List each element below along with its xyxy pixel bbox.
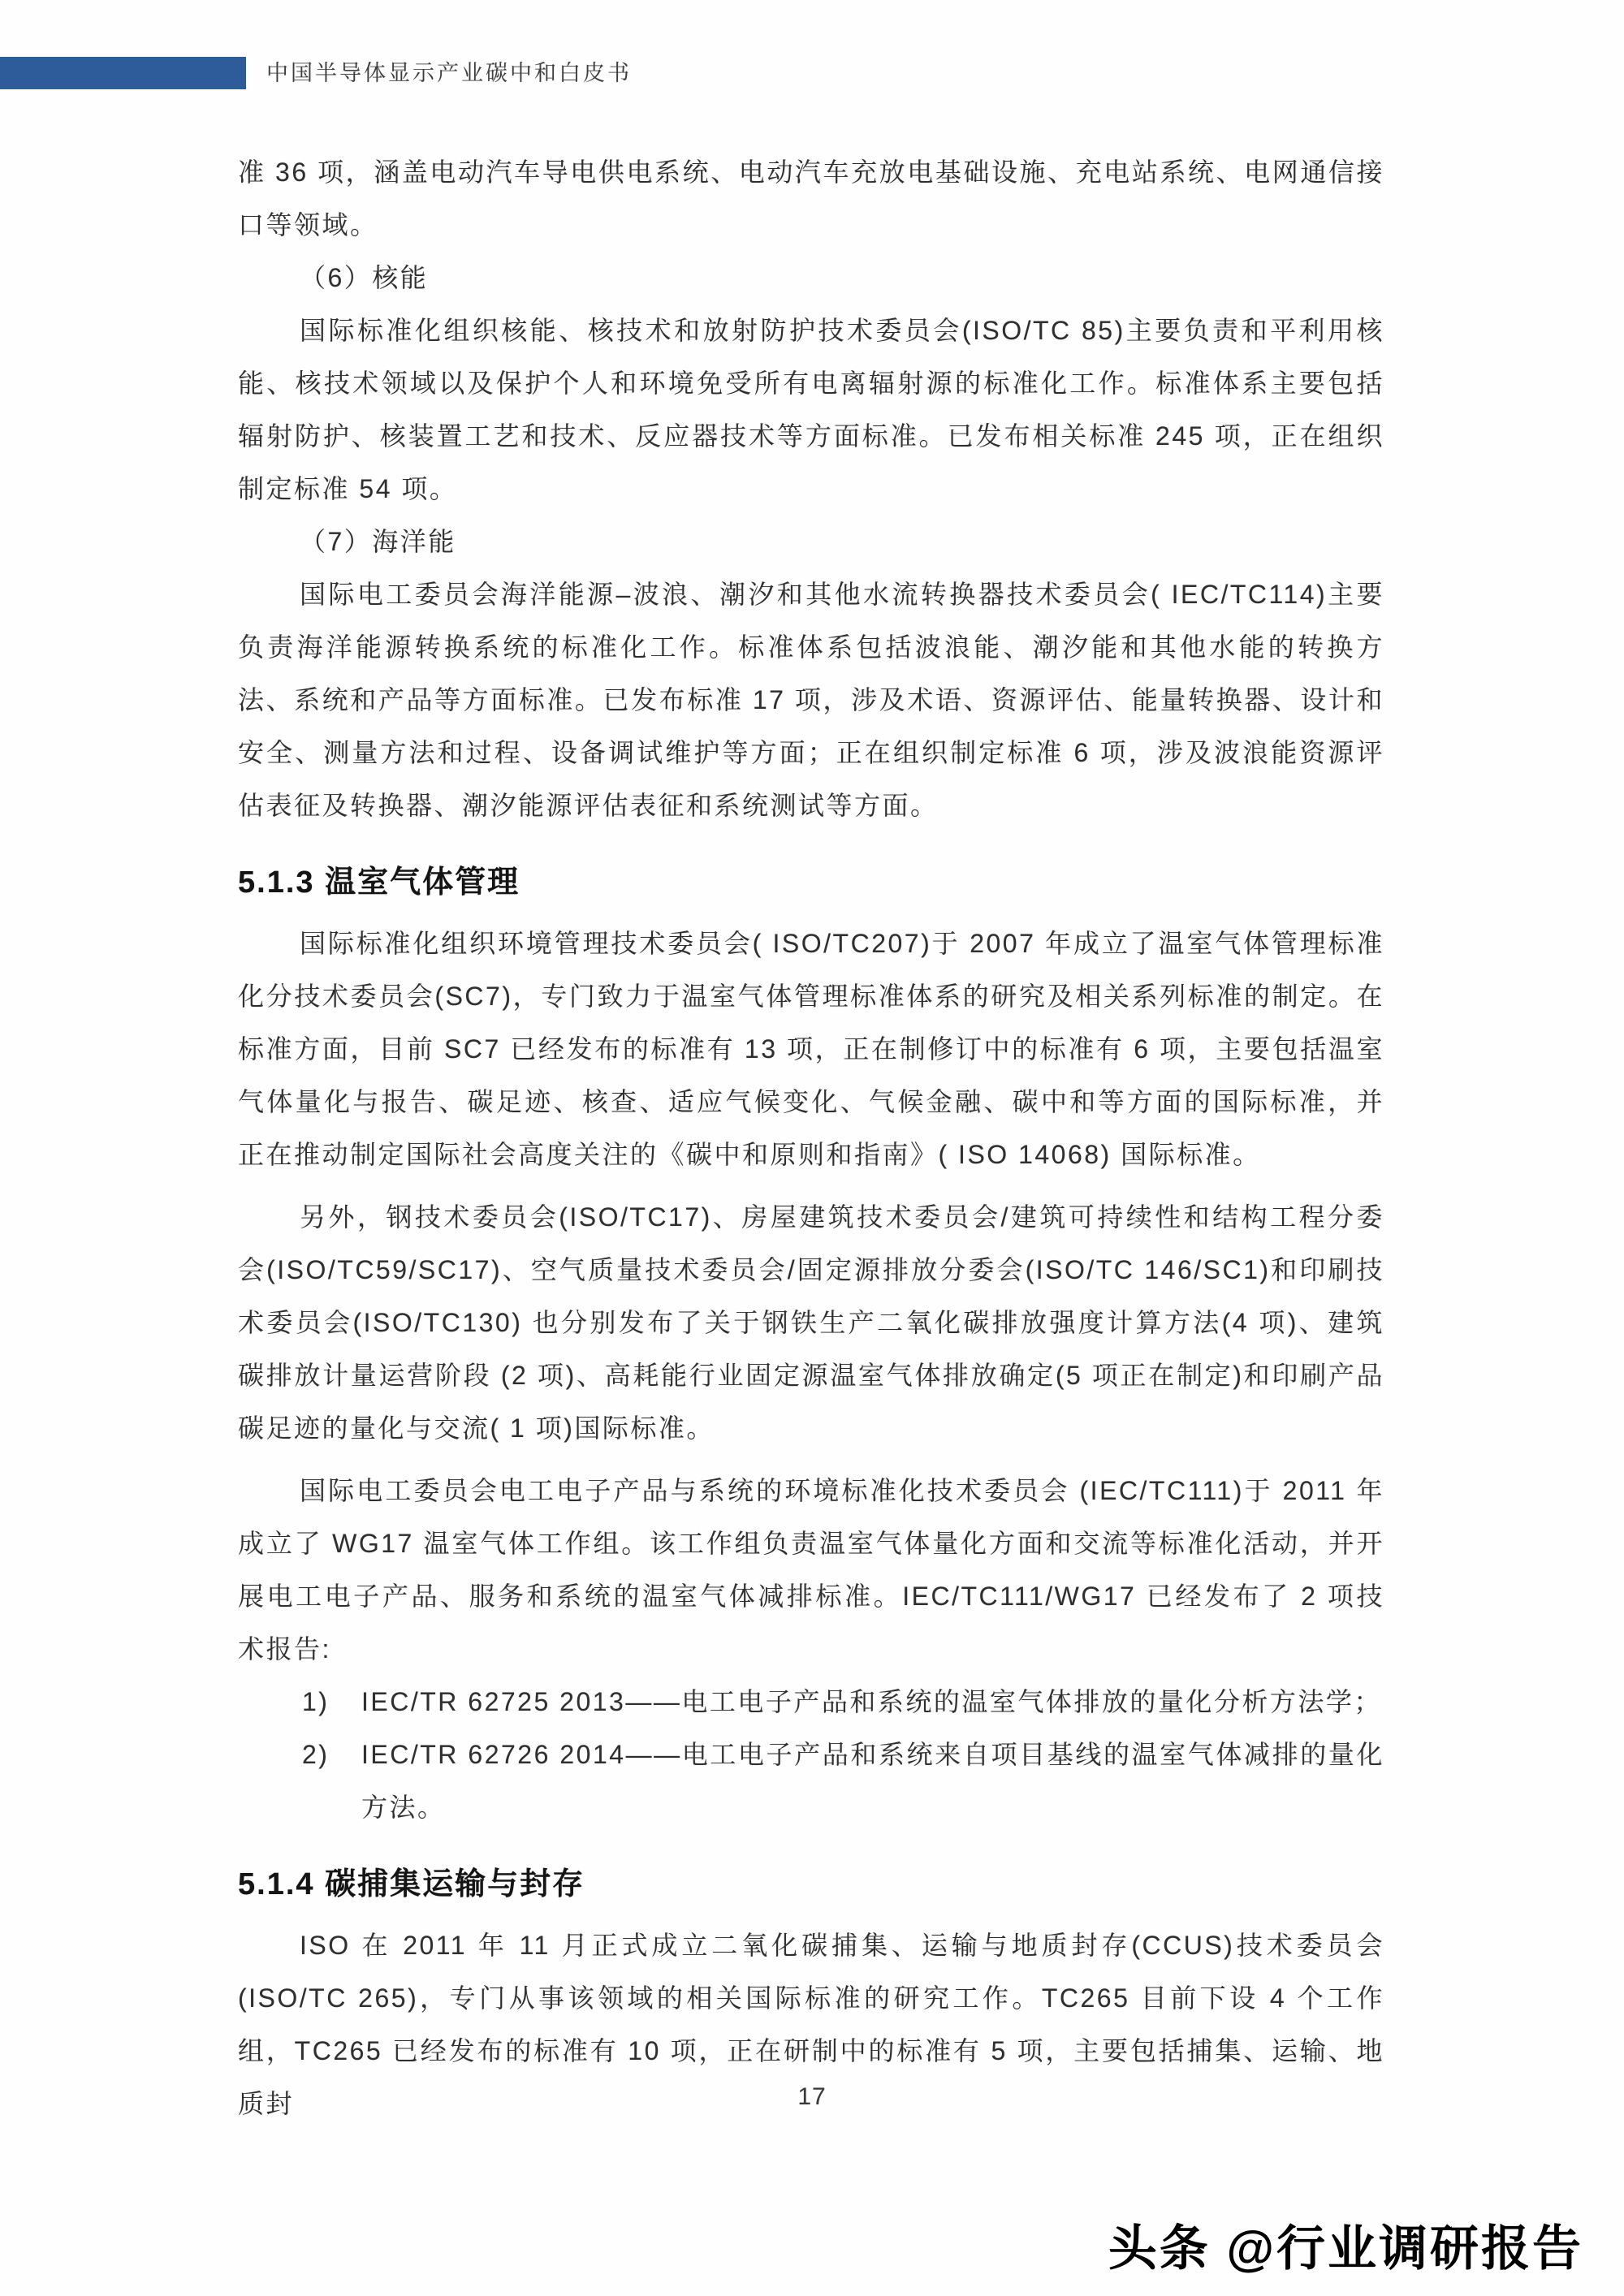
document-page: 中国半导体显示产业碳中和白皮书 准 36 项，涵盖电动汽车导电供电系统、电动汽车… [0, 0, 1624, 2296]
list-item-number: 2) [302, 1728, 329, 1781]
list-item-number: 1) [302, 1676, 329, 1728]
list-heading-ocean-energy: （7）海洋能 [238, 516, 1384, 568]
list-item-text: IEC/TR 62725 2013——电工电子产品和系统的温室气体排放的量化分析… [361, 1687, 1382, 1716]
header-accent-bar [0, 57, 246, 89]
list-item-text: IEC/TR 62726 2014——电工电子产品和系统来自项目基线的温室气体减… [361, 1740, 1384, 1822]
paragraph-ghg-iso-tc207: 国际标准化组织环境管理技术委员会( ISO/TC207)于 2007 年成立了温… [238, 917, 1384, 1181]
section-heading-5-1-3: 5.1.3 温室气体管理 [238, 857, 1384, 909]
document-body: 准 36 项，涵盖电动汽车导电供电系统、电动汽车充放电基础设施、充电站系统、电网… [238, 146, 1384, 2130]
tech-report-list: 1) IEC/TR 62725 2013——电工电子产品和系统的温室气体排放的量… [238, 1676, 1384, 1834]
list-item: 1) IEC/TR 62725 2013——电工电子产品和系统的温室气体排放的量… [238, 1676, 1384, 1728]
page-number: 17 [0, 2083, 1624, 2111]
paragraph-ocean-energy: 国际电工委员会海洋能源–波浪、潮汐和其他水流转换器技术委员会( IEC/TC11… [238, 568, 1384, 832]
paragraph-standards-coverage: 准 36 项，涵盖电动汽车导电供电系统、电动汽车充放电基础设施、充电站系统、电网… [238, 146, 1384, 252]
paragraph-ghg-iec-tc111: 国际电工委员会电工电子产品与系统的环境标准化技术委员会 (IEC/TC111)于… [238, 1465, 1384, 1676]
section-heading-5-1-4: 5.1.4 碳捕集运输与封存 [238, 1858, 1384, 1911]
list-item: 2) IEC/TR 62726 2014——电工电子产品和系统来自项目基线的温室… [238, 1728, 1384, 1834]
paragraph-ghg-other-committees: 另外，钢技术委员会(ISO/TC17)、房屋建筑技术委员会/建筑可持续性和结构工… [238, 1191, 1384, 1455]
document-header-title: 中国半导体显示产业碳中和白皮书 [266, 57, 632, 89]
paragraph-nuclear-energy: 国际标准化组织核能、核技术和放射防护技术委员会(ISO/TC 85)主要负责和平… [238, 304, 1384, 516]
watermark-text: 头条 @行业调研报告 [1108, 2210, 1583, 2280]
list-heading-nuclear-energy: （6）核能 [238, 252, 1384, 304]
